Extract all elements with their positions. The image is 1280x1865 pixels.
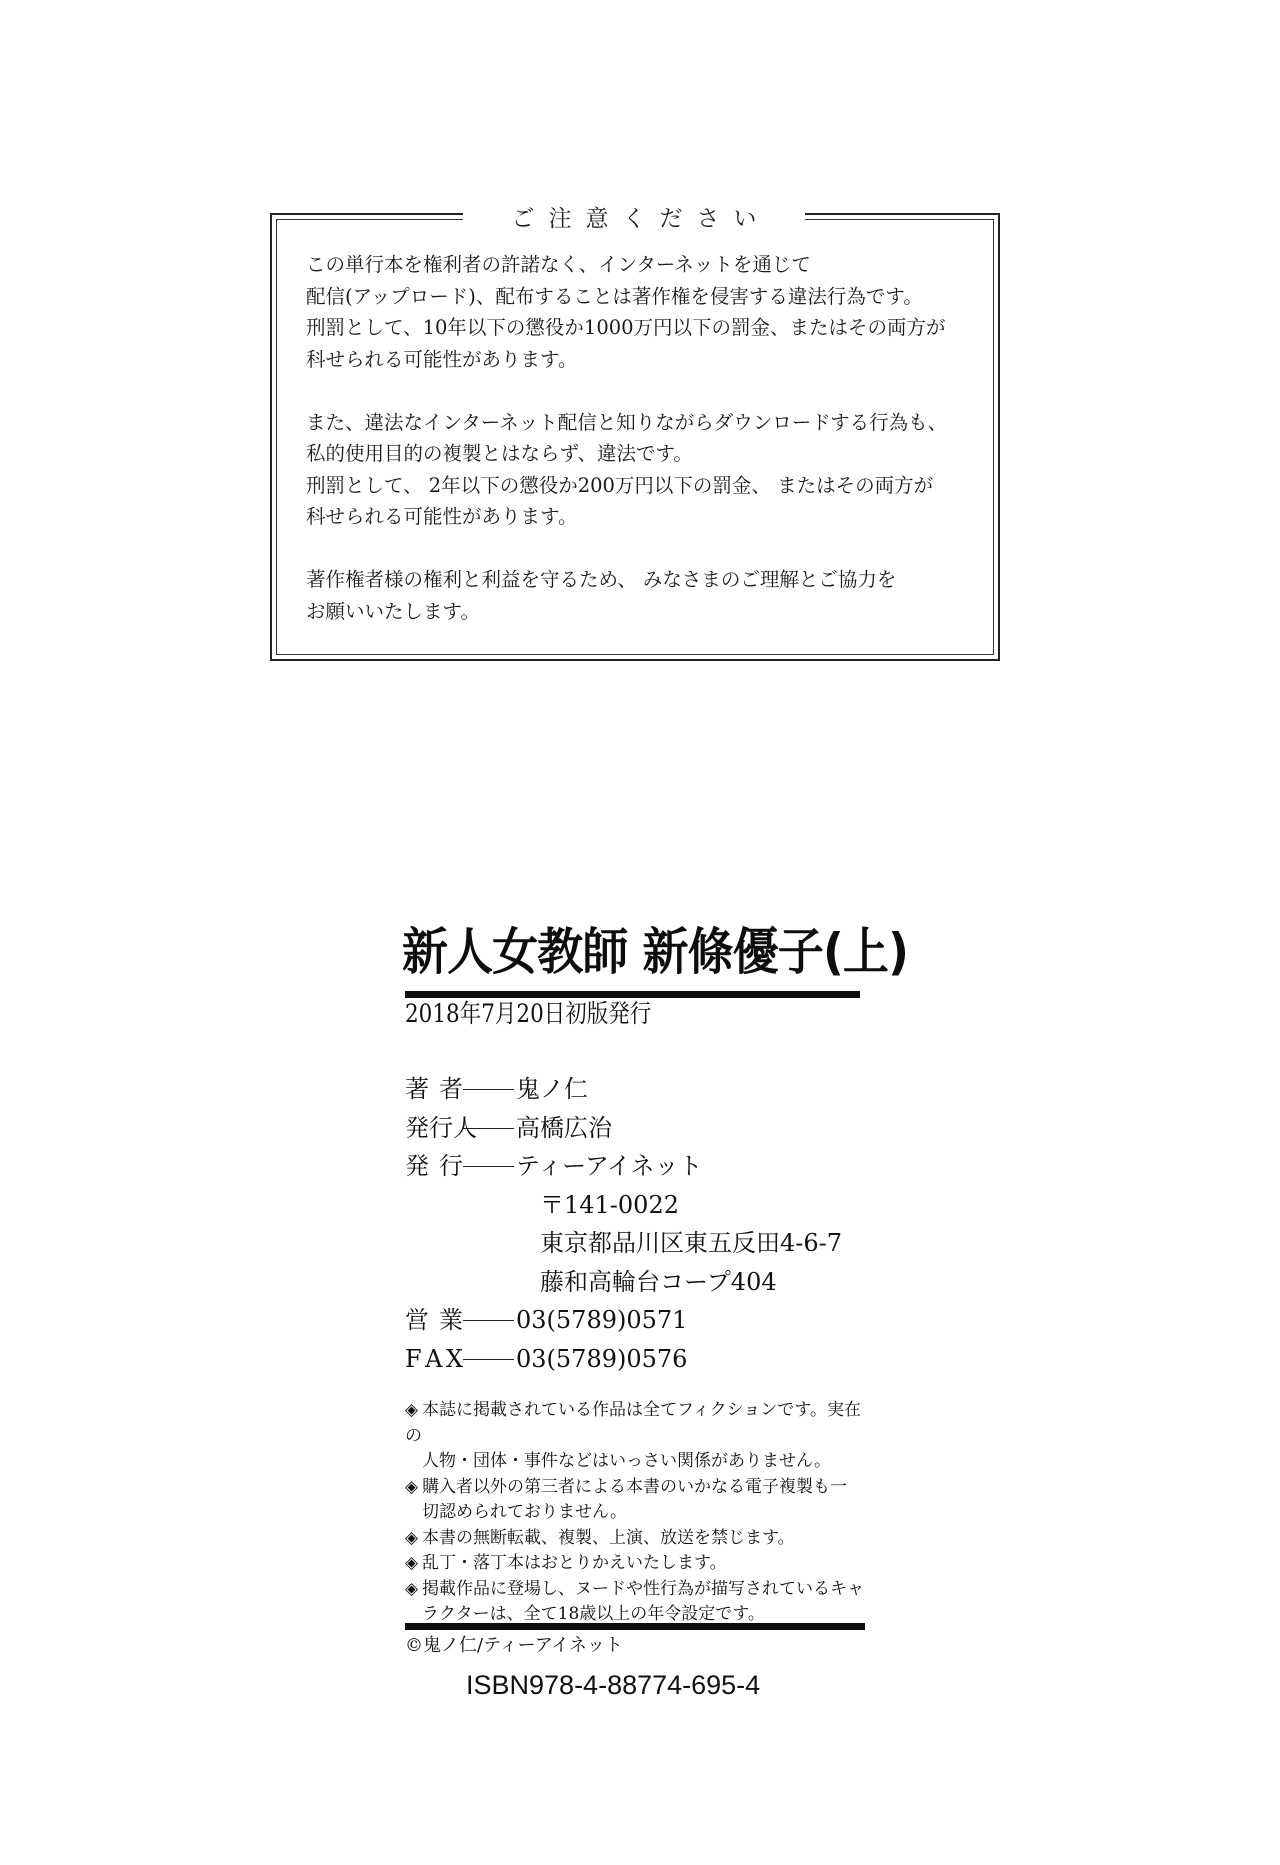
legal-notes: ◈本誌に掲載されている作品は全てフィクションです。実在の 人物・団体・事件などは… [405, 1398, 875, 1628]
diamond-bullet-icon: ◈ [405, 1577, 422, 1603]
notice-header: ご注意ください [463, 200, 805, 232]
notice-line: 科せられる可能性があります。 [306, 344, 986, 376]
credit-dash [463, 1340, 514, 1360]
notice-line: この単行本を権利者の許諾なく、インターネットを通じて [306, 249, 986, 281]
credit-value: 鬼ノ仁 [516, 1070, 588, 1109]
notice-line: お願いいたします。 [306, 596, 986, 628]
note-item: ◈本書の無断転載、複製、上演、放送を禁じます。 [405, 1526, 875, 1552]
diamond-bullet-icon: ◈ [405, 1526, 422, 1552]
title-rule [405, 991, 860, 998]
credit-label: 著 者 [405, 1070, 463, 1109]
credit-value: 〒141-0022 [540, 1186, 679, 1225]
notice-line: 私的使用目的の複製とはならず、違法です。 [306, 438, 986, 470]
credit-label: 発 行 人 [405, 1109, 463, 1148]
notice-line: 科せられる可能性があります。 [306, 501, 986, 533]
credit-value: 03(5789)0576 [516, 1340, 687, 1379]
credit-row-address-2: 藤和高輪台コープ404 [405, 1263, 842, 1302]
credit-dash [463, 1301, 514, 1321]
credit-label: F A X [405, 1340, 463, 1379]
paragraph-gap [306, 375, 986, 407]
notice-line: 著作権者様の権利と利益を守るため、 みなさまのご理解とご協力を [306, 564, 986, 596]
notice-line: 刑罰として、 2年以下の懲役か200万円以下の罰金、 またはその両方が [306, 470, 986, 502]
notice-body: この単行本を権利者の許諾なく、インターネットを通じて 配信(アップロード)、配布… [306, 249, 986, 627]
note-item: ◈本誌に掲載されている作品は全てフィクションです。実在の 人物・団体・事件などは… [405, 1398, 875, 1475]
isbn: ISBN978-4-88774-695-4 [466, 1668, 760, 1702]
credit-value: 東京都品川区東五反田4-6-7 [540, 1224, 842, 1263]
credit-row-postal-code: 〒141-0022 [405, 1186, 842, 1225]
credit-dash [463, 1070, 514, 1090]
credit-dash [463, 1147, 514, 1167]
notice-header-text: ご注意ください [498, 200, 771, 233]
note-item: ◈乱丁・落丁本はおとりかえいたします。 [405, 1551, 875, 1577]
credit-value: 高橋広治 [516, 1109, 612, 1148]
book-title: 新人女教師 新條優子(上) [402, 922, 908, 982]
credit-dash [463, 1109, 514, 1129]
notice-line: 刑罰として、10年以下の懲役か1000万円以下の罰金、またはその両方が [306, 312, 986, 344]
credit-value: 03(5789)0571 [516, 1301, 687, 1340]
credit-row-publisher: 発 行 ティーアイネット [405, 1147, 842, 1186]
diamond-bullet-icon: ◈ [405, 1398, 422, 1424]
credit-row-author: 著 者 鬼ノ仁 [405, 1070, 842, 1109]
notice-line: また、違法なインターネット配信と知りながらダウンロードする行為も、 [306, 407, 986, 439]
credit-row-publisher-person: 発 行 人 高橋広治 [405, 1109, 842, 1148]
credit-row-sales-phone: 営 業 03(5789)0571 [405, 1301, 842, 1340]
credit-value: ティーアイネット [516, 1147, 702, 1186]
publication-date: 2018年7月20日初版発行 [405, 998, 651, 1030]
diamond-bullet-icon: ◈ [405, 1551, 422, 1577]
credit-label: 発 行 [405, 1147, 463, 1186]
note-item: ◈購入者以外の第三者による本書のいかなる電子複製も一 切認められておりません。 [405, 1475, 875, 1526]
credits-list: 著 者 鬼ノ仁 発 行 人 高橋広治 発 行 ティーアイネット 〒141-002… [405, 1070, 842, 1378]
footer-rule [405, 1623, 865, 1630]
credit-row-address-1: 東京都品川区東五反田4-6-7 [405, 1224, 842, 1263]
credit-value: 藤和高輪台コープ404 [540, 1263, 777, 1302]
note-item: ◈掲載作品に登場し、ヌードや性行為が描写されているキャ ラクターは、全て18歳以… [405, 1577, 875, 1628]
notice-line: 配信(アップロード)、配布することは著作権を侵害する違法行為です。 [306, 281, 986, 313]
credit-label: 営 業 [405, 1301, 463, 1340]
copyright-line: ©鬼ノ仁/ティーアイネット [405, 1632, 623, 1660]
diamond-bullet-icon: ◈ [405, 1475, 422, 1501]
paragraph-gap [306, 533, 986, 565]
credit-row-fax: F A X 03(5789)0576 [405, 1340, 842, 1379]
